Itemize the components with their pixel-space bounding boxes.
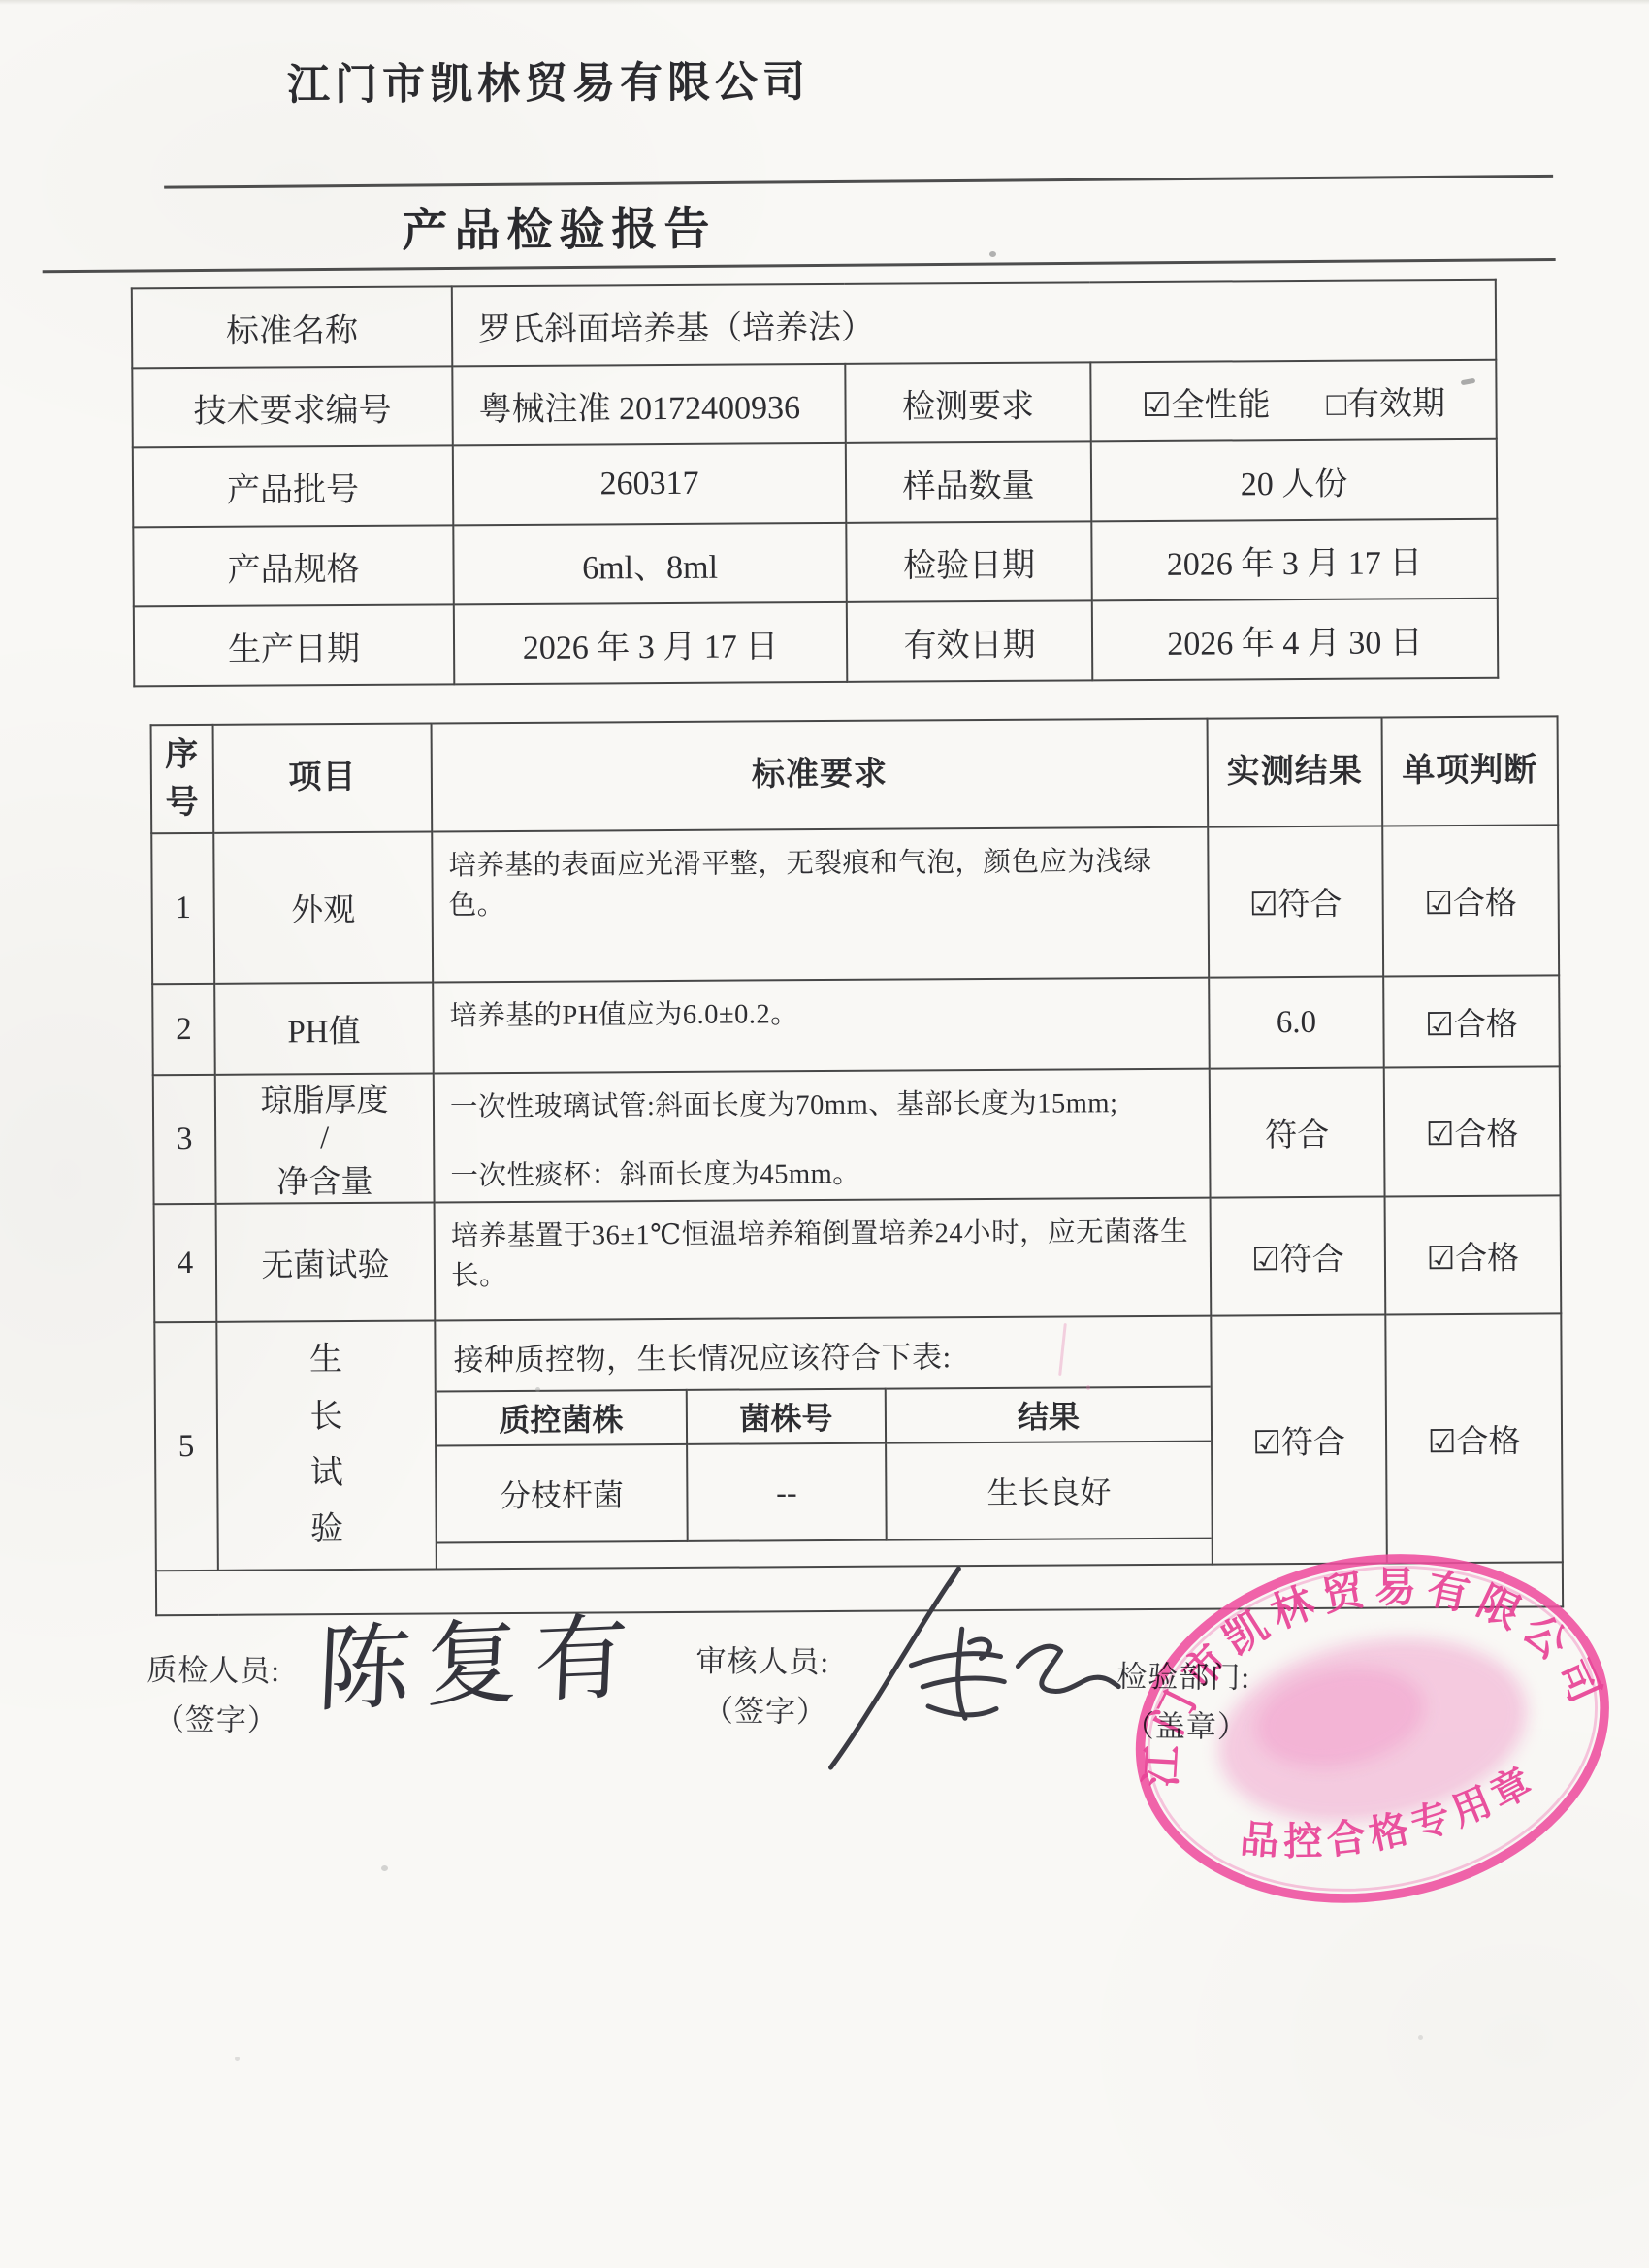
scan-pink-speck	[1086, 1385, 1090, 1390]
scan-speck	[989, 251, 996, 257]
reviewer-label: 审核人员:	[695, 1636, 829, 1687]
scan-speck	[235, 2057, 240, 2061]
stamp-graphic: 江门市凯林贸易有限公司 品控合格专用章	[1080, 1489, 1649, 1968]
inspector-label-block: 质检人员: （签字）	[146, 1645, 281, 1745]
signature-section: 质检人员: （签字） 陈复有 审核人员: （签字） 检验部门: （盖章）	[0, 0, 1649, 2268]
inspector-label: 质检人员:	[146, 1645, 280, 1696]
scan-speck	[535, 1387, 540, 1392]
company-seal-stamp: 江门市凯林贸易有限公司 品控合格专用章	[1080, 1489, 1649, 1968]
reviewer-sign-hint: （签字）	[695, 1686, 829, 1736]
scanned-report-page: 江门市凯林贸易有限公司 产品检验报告 标准名称 罗氏斜面培养基（培养法） 技术要…	[0, 0, 1649, 2268]
reviewer-label-block: 审核人员: （签字）	[695, 1636, 830, 1736]
inspector-signature-handwriting: 陈复有	[315, 1582, 647, 1730]
scan-speck	[381, 1865, 388, 1871]
inspector-sign-hint: （签字）	[146, 1695, 280, 1745]
scan-speck	[1418, 2035, 1423, 2040]
